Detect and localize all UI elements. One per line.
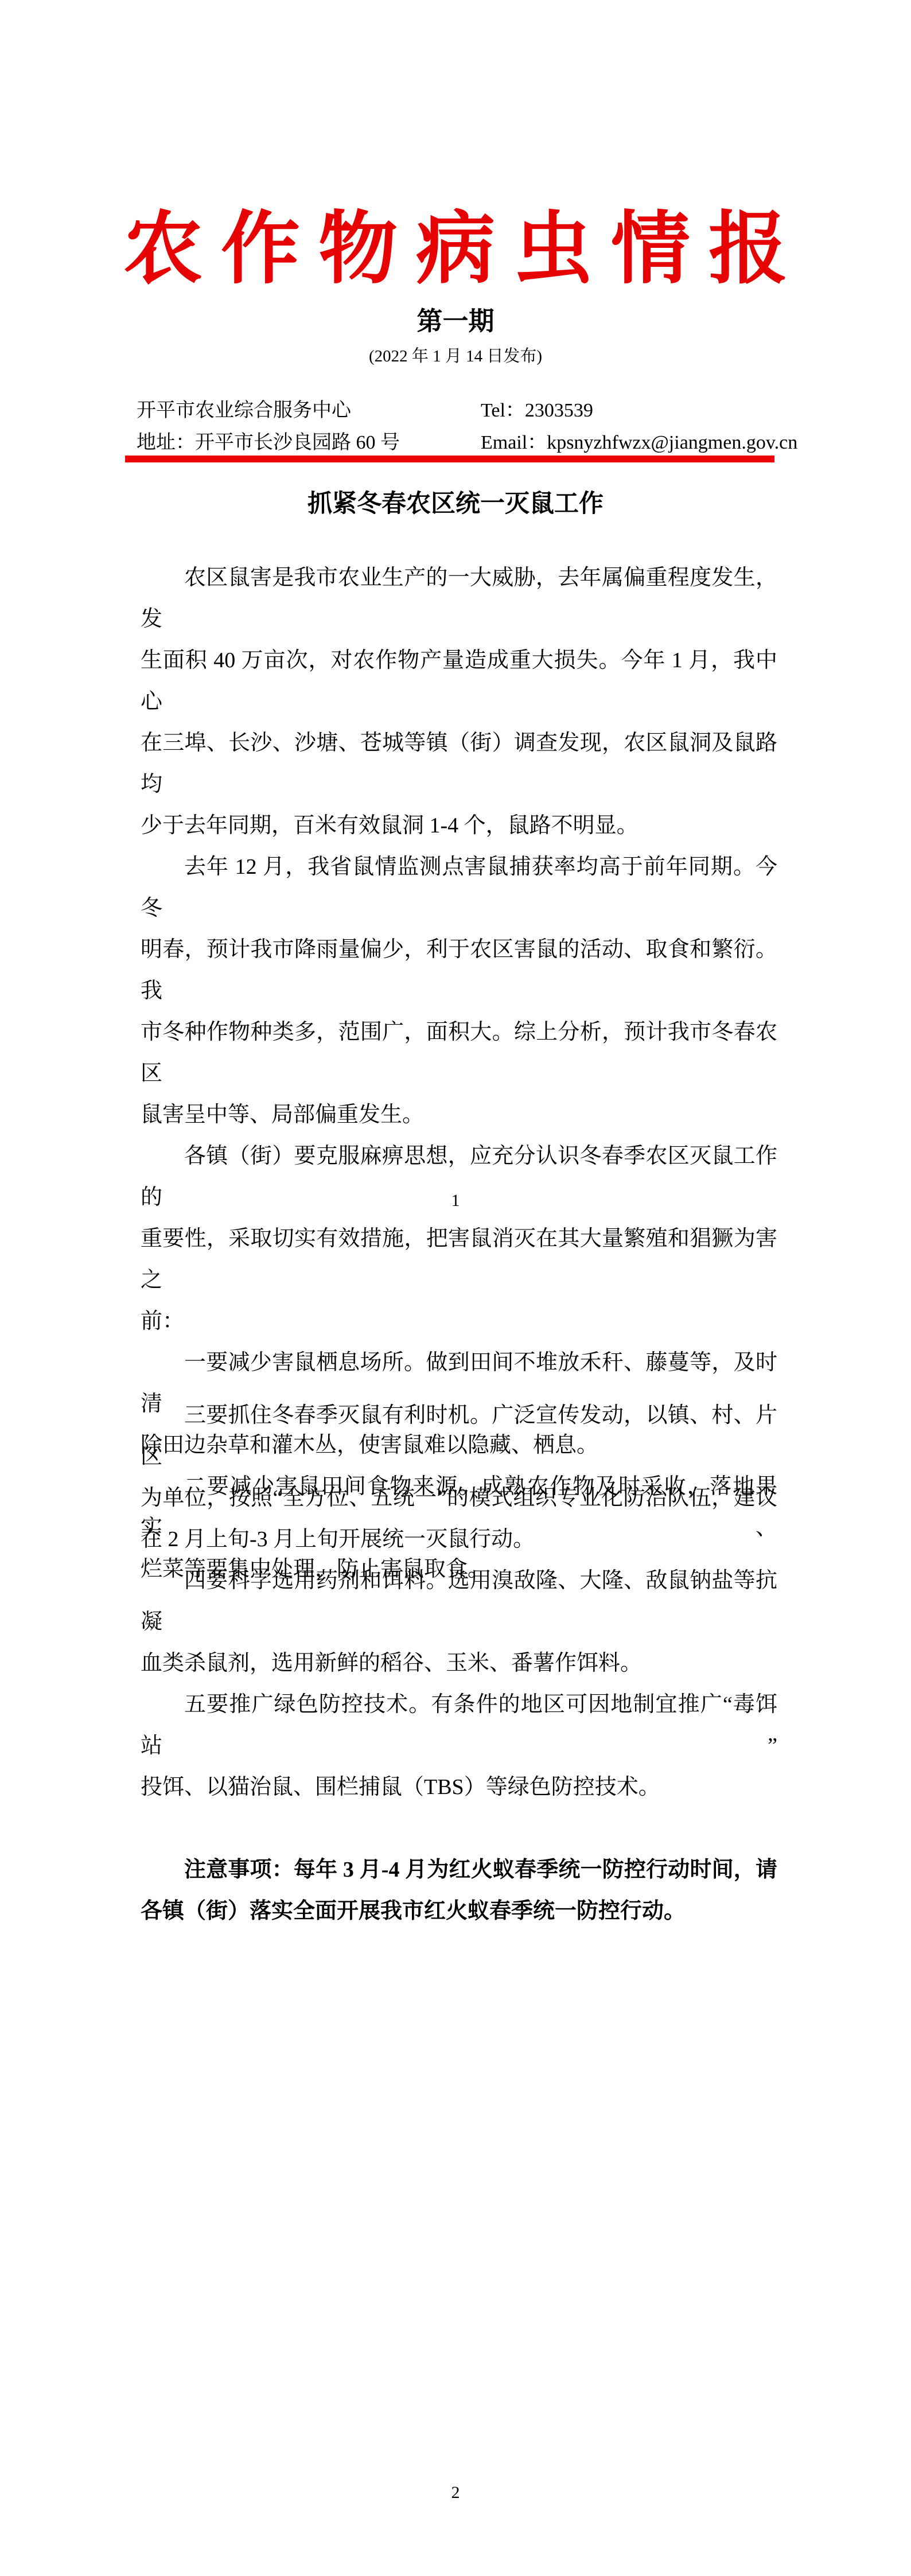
telephone: Tel：2303539: [481, 400, 593, 422]
document-page: 农作物病虫情报 第一期 (2022 年 1 月 14 日发布) 开平市农业综合服…: [0, 0, 911, 2576]
body-line: 明春，预计我市降雨量偏少，利于农区害鼠的活动、取食和繁衍。我: [141, 929, 777, 1011]
body-line: 四要科学选用药剂和饵料。选用溴敌隆、大隆、敌鼠钠盐等抗凝: [141, 1560, 777, 1643]
email: Email：kpsnyzhfwzx@jiangmen.gov.cn: [481, 432, 797, 454]
body-line: 鼠害呈中等、局部偏重发生。: [141, 1094, 777, 1135]
body-line: 血类杀鼠剂，选用新鲜的稻谷、玉米、番薯作饵料。: [141, 1643, 777, 1684]
body-line: 少于去年同期，百米有效鼠洞 1-4 个，鼠路不明显。: [141, 805, 777, 846]
body-line: 三要抓住冬春季灭鼠有利时机。广泛宣传发动，以镇、村、片区: [141, 1395, 777, 1477]
body-line: 农区鼠害是我市农业生产的一大威胁，去年属偏重程度发生，发: [141, 557, 777, 640]
body-line: 注意事项：每年 3 月-4 月为红火蚁春季统一防控行动时间，请: [141, 1849, 777, 1890]
body-line: 去年 12 月，我省鼠情监测点害鼠捕获率均高于前年同期。今冬: [141, 846, 777, 929]
bulletin-title: 农作物病虫情报: [0, 208, 911, 291]
masthead-divider-rule: [125, 456, 774, 462]
issue-number: 第一期: [0, 308, 911, 335]
body-line: 在 2 月上旬-3 月上旬开展统一灭鼠行动。: [141, 1519, 777, 1560]
page-number-2: 2: [0, 2483, 911, 2503]
body-line: 生面积 40 万亩次，对农作物产量造成重大损失。今年 1 月，我中心: [141, 640, 777, 722]
body-line: 在三埠、长沙、沙塘、苍城等镇（街）调查发现，农区鼠洞及鼠路均: [141, 722, 777, 805]
body-line: 为单位，按照“全方位、五统一”的模式组织专业化防治队伍，建议: [141, 1477, 777, 1519]
body-line: 五要推广绿色防控技术。有条件的地区可因地制宜推广“毒饵站”: [141, 1684, 777, 1766]
organization-name: 开平市农业综合服务中心: [137, 400, 351, 422]
page2-body: 三要抓住冬春季灭鼠有利时机。广泛宣传发动，以镇、村、片区为单位，按照“全方位、五…: [141, 1395, 777, 1932]
body-line: 前：: [141, 1301, 777, 1342]
body-line: 重要性，采取切实有效措施，把害鼠消灭在其大量繁殖和猖獗为害之: [141, 1218, 777, 1301]
body-line: 市冬种作物种类多，范围广，面积大。综上分析，预计我市冬春农区: [141, 1011, 777, 1094]
body-line: 投饵、以猫治鼠、围栏捕鼠（TBS）等绿色防控技术。: [141, 1766, 777, 1808]
publish-date: (2022 年 1 月 14 日发布): [0, 347, 911, 366]
address: 地址：开平市长沙良园路 60 号: [137, 432, 400, 454]
article-title: 抓紧冬春农区统一灭鼠工作: [0, 490, 911, 519]
body-line: 各镇（街）落实全面开展我市红火蚁春季统一防控行动。: [141, 1890, 777, 1932]
page-number-1: 1: [0, 1191, 911, 1211]
